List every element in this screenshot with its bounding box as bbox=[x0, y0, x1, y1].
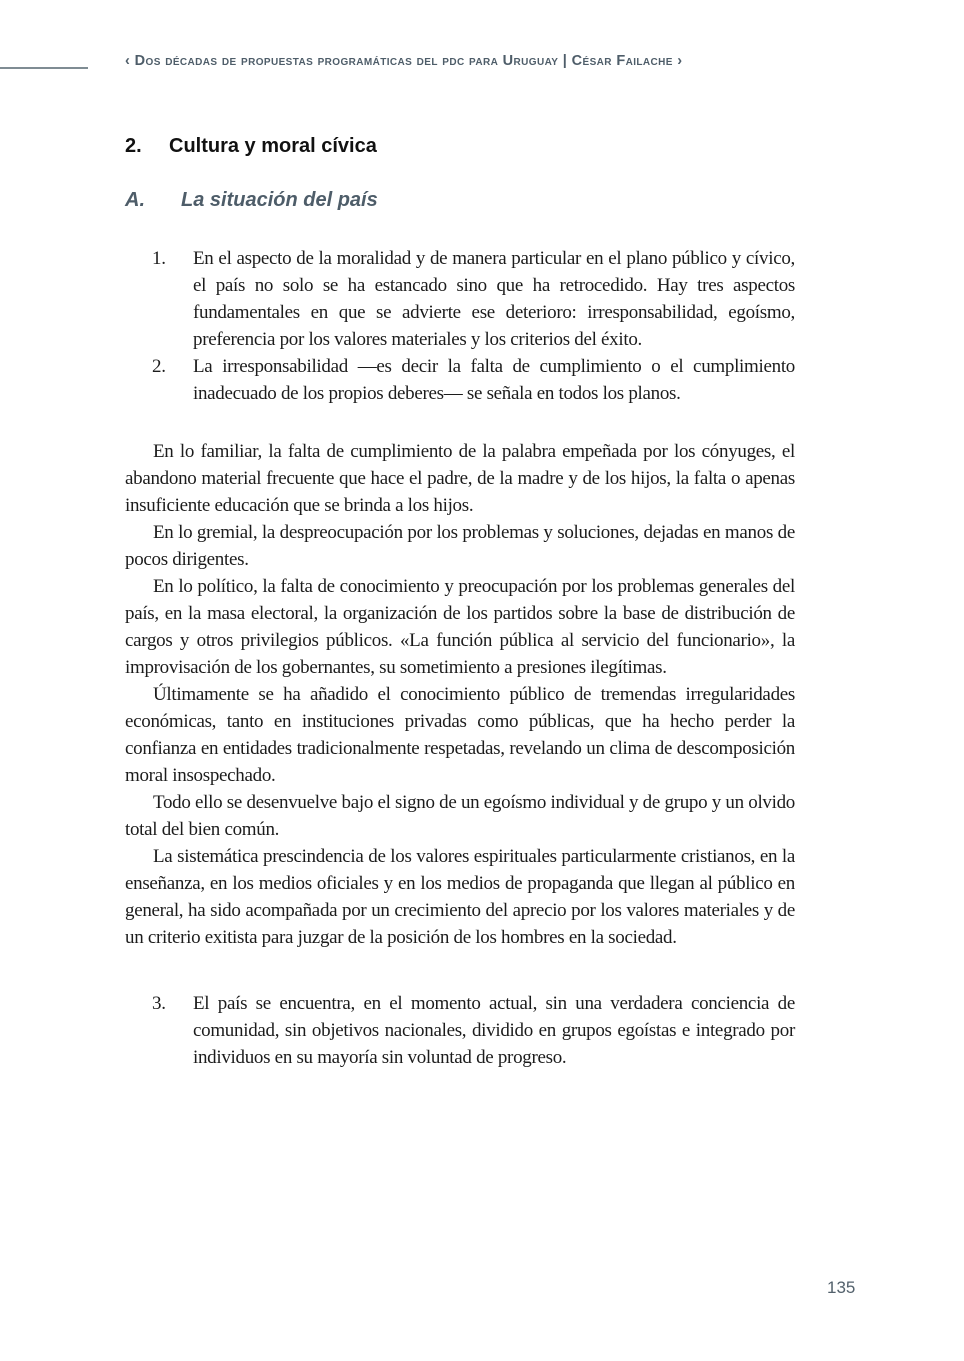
list-item: 2. La irresponsabilidad —es decir la fal… bbox=[152, 353, 795, 407]
page-content: 2. Cultura y moral cívica A. La situació… bbox=[125, 134, 795, 1071]
body-paragraph: En lo gremial, la despreocupación por lo… bbox=[125, 519, 795, 573]
body-paragraph: La sistemática prescindencia de los valo… bbox=[125, 843, 795, 951]
document-page: ‹ Dos décadas de propuestas programática… bbox=[0, 0, 964, 1361]
section-heading: 2. Cultura y moral cívica bbox=[125, 134, 795, 158]
subsection-letter: A. bbox=[125, 188, 181, 212]
page-number: 135 bbox=[827, 1278, 855, 1298]
list-item: 1. En el aspecto de la moralidad y de ma… bbox=[152, 245, 795, 353]
running-header: ‹ Dos décadas de propuestas programática… bbox=[0, 47, 964, 79]
body-paragraph: En lo familiar, la falta de cumplimiento… bbox=[125, 438, 795, 519]
body-paragraph: En lo político, la falta de conocimiento… bbox=[125, 573, 795, 681]
list-item: 3. El país se encuentra, en el momento a… bbox=[152, 990, 795, 1071]
section-title: Cultura y moral cívica bbox=[169, 134, 377, 158]
subsection-heading: A. La situación del país bbox=[125, 188, 795, 212]
list-item-text: El país se encuentra, en el momento actu… bbox=[193, 990, 795, 1071]
running-header-title: ‹ Dos décadas de propuestas programática… bbox=[125, 53, 683, 69]
body-paragraph: Todo ello se desenvuelve bajo el signo d… bbox=[125, 789, 795, 843]
list-item-number: 1. bbox=[152, 245, 193, 353]
list-item-text: La irresponsabilidad —es decir la falta … bbox=[193, 353, 795, 407]
list-item-number: 3. bbox=[152, 990, 193, 1071]
body-paragraph: Últimamente se ha añadido el conocimient… bbox=[125, 681, 795, 789]
section-number: 2. bbox=[125, 134, 169, 158]
numbered-list-bottom: 3. El país se encuentra, en el momento a… bbox=[125, 990, 795, 1071]
body-paragraphs: En lo familiar, la falta de cumplimiento… bbox=[125, 438, 795, 951]
header-rule bbox=[0, 67, 88, 69]
list-item-number: 2. bbox=[152, 353, 193, 407]
list-item-text: En el aspecto de la moralidad y de maner… bbox=[193, 245, 795, 353]
subsection-title: La situación del país bbox=[181, 188, 378, 212]
numbered-list-top: 1. En el aspecto de la moralidad y de ma… bbox=[125, 245, 795, 407]
